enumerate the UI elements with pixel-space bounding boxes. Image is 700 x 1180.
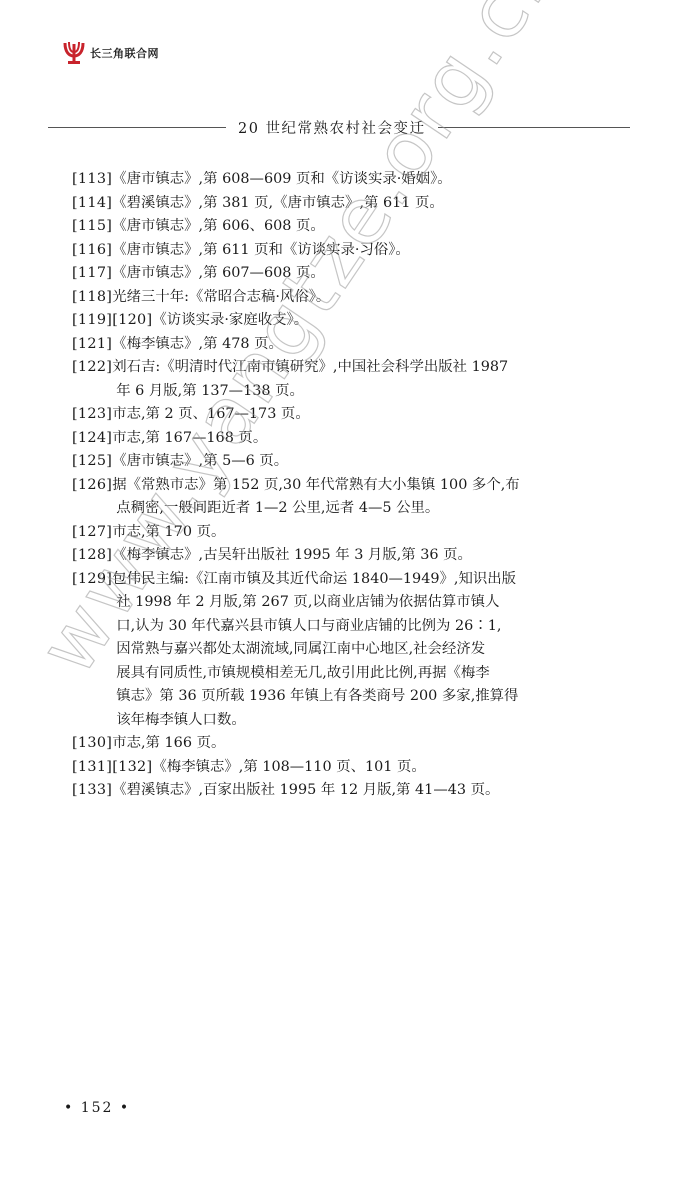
endnote-text: 《碧溪镇志》,百家出版社 1995 年 12 月版,第 41—43 页。 (112, 779, 632, 803)
endnote: [127] 市志,第 170 页。 (72, 521, 632, 545)
endnote-text: 《唐市镇志》,第 607—608 页。 (112, 262, 632, 286)
endnote-line: 《唐市镇志》,第 611 页和《访谈实录·习俗》。 (112, 239, 632, 263)
endnote-number: [113] (72, 168, 112, 192)
endnote-number: [125] (72, 450, 112, 474)
endnote-line: 包伟民主编:《江南市镇及其近代命运 1840—1949》,知识出版 (112, 568, 632, 592)
endnote-line: 点稠密,一般间距近者 1—2 公里,远者 4—5 公里。 (112, 497, 632, 521)
book-title: 20 世纪常熟农村社会变迁 (226, 117, 438, 138)
endnote-line: 该年梅李镇人口数。 (112, 709, 632, 733)
endnote: [117]《唐市镇志》,第 607—608 页。 (72, 262, 632, 286)
endnote: [129] 包伟民主编:《江南市镇及其近代命运 1840—1949》,知识出版社… (72, 568, 632, 733)
endnote-number: [129] (72, 568, 112, 733)
endnote-line: 《唐市镇志》,第 606、608 页。 (112, 215, 632, 239)
endnote-line: 《梅李镇志》,第 108—110 页、101 页。 (152, 756, 632, 780)
psi-logo-icon (62, 40, 86, 66)
endnote-text: 刘石吉:《明清时代江南市镇研究》,中国社会科学出版社 1987年 6 月版,第 … (112, 356, 632, 403)
endnote: [133]《碧溪镇志》,百家出版社 1995 年 12 月版,第 41—43 页… (72, 779, 632, 803)
endnote-text: 光绪三十年:《常昭合志稿·风俗》。 (112, 286, 632, 310)
endnote-line: 镇志》第 36 页所载 1936 年镇上有各类商号 200 多家,推算得 (112, 685, 632, 709)
endnote: [125]《唐市镇志》,第 5—6 页。 (72, 450, 632, 474)
endnote-text: 《唐市镇志》,第 611 页和《访谈实录·习俗》。 (112, 239, 632, 263)
endnote-text: 《访谈实录·家庭收支》。 (152, 309, 632, 333)
endnote: [116]《唐市镇志》,第 611 页和《访谈实录·习俗》。 (72, 239, 632, 263)
endnote: [123] 市志,第 2 页、167—173 页。 (72, 403, 632, 427)
endnote-line: 口,认为 30 年代嘉兴县市镇人口与商业店铺的比例为 26∶1, (112, 615, 632, 639)
running-head: 20 世纪常熟农村社会变迁 (48, 116, 630, 138)
endnote-text: 《碧溪镇志》,第 381 页,《唐市镇志》,第 611 页。 (112, 192, 632, 216)
endnote: [114]《碧溪镇志》,第 381 页,《唐市镇志》,第 611 页。 (72, 192, 632, 216)
endnote: [121]《梅李镇志》,第 478 页。 (72, 333, 632, 357)
endnote: [128]《梅李镇志》,古吴轩出版社 1995 年 3 月版,第 36 页。 (72, 544, 632, 568)
endnote-number: [117] (72, 262, 112, 286)
endnote-number: [122] (72, 356, 112, 403)
endnote-text: 市志,第 167—168 页。 (112, 427, 632, 451)
endnote-line: 《唐市镇志》,第 608—609 页和《访谈实录·婚姻》。 (112, 168, 632, 192)
endnote-line: 《碧溪镇志》,百家出版社 1995 年 12 月版,第 41—43 页。 (112, 779, 632, 803)
endnote: [122] 刘石吉:《明清时代江南市镇研究》,中国社会科学出版社 1987年 6… (72, 356, 632, 403)
endnote-number: [128] (72, 544, 112, 568)
endnote: [115]《唐市镇志》,第 606、608 页。 (72, 215, 632, 239)
header-rule-left (48, 127, 226, 128)
endnote: [130] 市志,第 166 页。 (72, 732, 632, 756)
endnote-number: [133] (72, 779, 112, 803)
endnote-number: [116] (72, 239, 112, 263)
endnote-number: [123] (72, 403, 112, 427)
endnote-text: 《梅李镇志》,第 478 页。 (112, 333, 632, 357)
endnote-text: 市志,第 170 页。 (112, 521, 632, 545)
endnote-number: [131][132] (72, 756, 152, 780)
endnote-text: 市志,第 2 页、167—173 页。 (112, 403, 632, 427)
endnotes-list: [113]《唐市镇志》,第 608—609 页和《访谈实录·婚姻》。[114]《… (72, 168, 632, 803)
site-logo: 长三角联合网 (62, 40, 159, 66)
endnote-line: 《梅李镇志》,第 478 页。 (112, 333, 632, 357)
endnote-line: 社 1998 年 2 月版,第 267 页,以商业店铺为依据估算市镇人 (112, 591, 632, 615)
endnote-line: 光绪三十年:《常昭合志稿·风俗》。 (112, 286, 632, 310)
endnote-number: [119][120] (72, 309, 152, 333)
endnote-number: [126] (72, 474, 112, 521)
endnote-number: [115] (72, 215, 112, 239)
endnote-text: 包伟民主编:《江南市镇及其近代命运 1840—1949》,知识出版社 1998 … (112, 568, 632, 733)
endnote-line: 《梅李镇志》,古吴轩出版社 1995 年 3 月版,第 36 页。 (112, 544, 632, 568)
endnote-line: 《访谈实录·家庭收支》。 (152, 309, 632, 333)
endnote-line: 市志,第 170 页。 (112, 521, 632, 545)
endnote-line: 展具有同质性,市镇规模相差无几,故引用此比例,再据《梅李 (112, 662, 632, 686)
endnote-line: 市志,第 166 页。 (112, 732, 632, 756)
page-number: • 152 • (64, 1100, 130, 1116)
endnote-text: 《梅李镇志》,第 108—110 页、101 页。 (152, 756, 632, 780)
endnote-line: 因常熟与嘉兴都处太湖流域,同属江南中心地区,社会经济发 (112, 638, 632, 662)
endnote: [124] 市志,第 167—168 页。 (72, 427, 632, 451)
endnote-line: 据《常熟市志》第 152 页,30 年代常熟有大小集镇 100 多个,布 (112, 474, 632, 498)
endnote-text: 《梅李镇志》,古吴轩出版社 1995 年 3 月版,第 36 页。 (112, 544, 632, 568)
endnote-line: 市志,第 2 页、167—173 页。 (112, 403, 632, 427)
endnote: [119][120]《访谈实录·家庭收支》。 (72, 309, 632, 333)
endnote-text: 据《常熟市志》第 152 页,30 年代常熟有大小集镇 100 多个,布点稠密,… (112, 474, 632, 521)
endnote-line: 市志,第 167—168 页。 (112, 427, 632, 451)
endnote-line: 刘石吉:《明清时代江南市镇研究》,中国社会科学出版社 1987 (112, 356, 632, 380)
endnote-line: 《唐市镇志》,第 5—6 页。 (112, 450, 632, 474)
endnote-text: 市志,第 166 页。 (112, 732, 632, 756)
endnote-line: 《唐市镇志》,第 607—608 页。 (112, 262, 632, 286)
endnote-number: [118] (72, 286, 112, 310)
endnote-number: [124] (72, 427, 112, 451)
endnote-line: 年 6 月版,第 137—138 页。 (112, 380, 632, 404)
endnote-number: [130] (72, 732, 112, 756)
endnote-number: [127] (72, 521, 112, 545)
logo-text: 长三角联合网 (90, 45, 159, 61)
endnote-text: 《唐市镇志》,第 5—6 页。 (112, 450, 632, 474)
header-rule-right (438, 127, 630, 128)
endnote-number: [121] (72, 333, 112, 357)
endnote: [131][132]《梅李镇志》,第 108—110 页、101 页。 (72, 756, 632, 780)
endnote-text: 《唐市镇志》,第 606、608 页。 (112, 215, 632, 239)
endnote: [113]《唐市镇志》,第 608—609 页和《访谈实录·婚姻》。 (72, 168, 632, 192)
endnote: [118] 光绪三十年:《常昭合志稿·风俗》。 (72, 286, 632, 310)
endnote-number: [114] (72, 192, 112, 216)
endnote: [126] 据《常熟市志》第 152 页,30 年代常熟有大小集镇 100 多个… (72, 474, 632, 521)
endnote-line: 《碧溪镇志》,第 381 页,《唐市镇志》,第 611 页。 (112, 192, 632, 216)
endnote-text: 《唐市镇志》,第 608—609 页和《访谈实录·婚姻》。 (112, 168, 632, 192)
